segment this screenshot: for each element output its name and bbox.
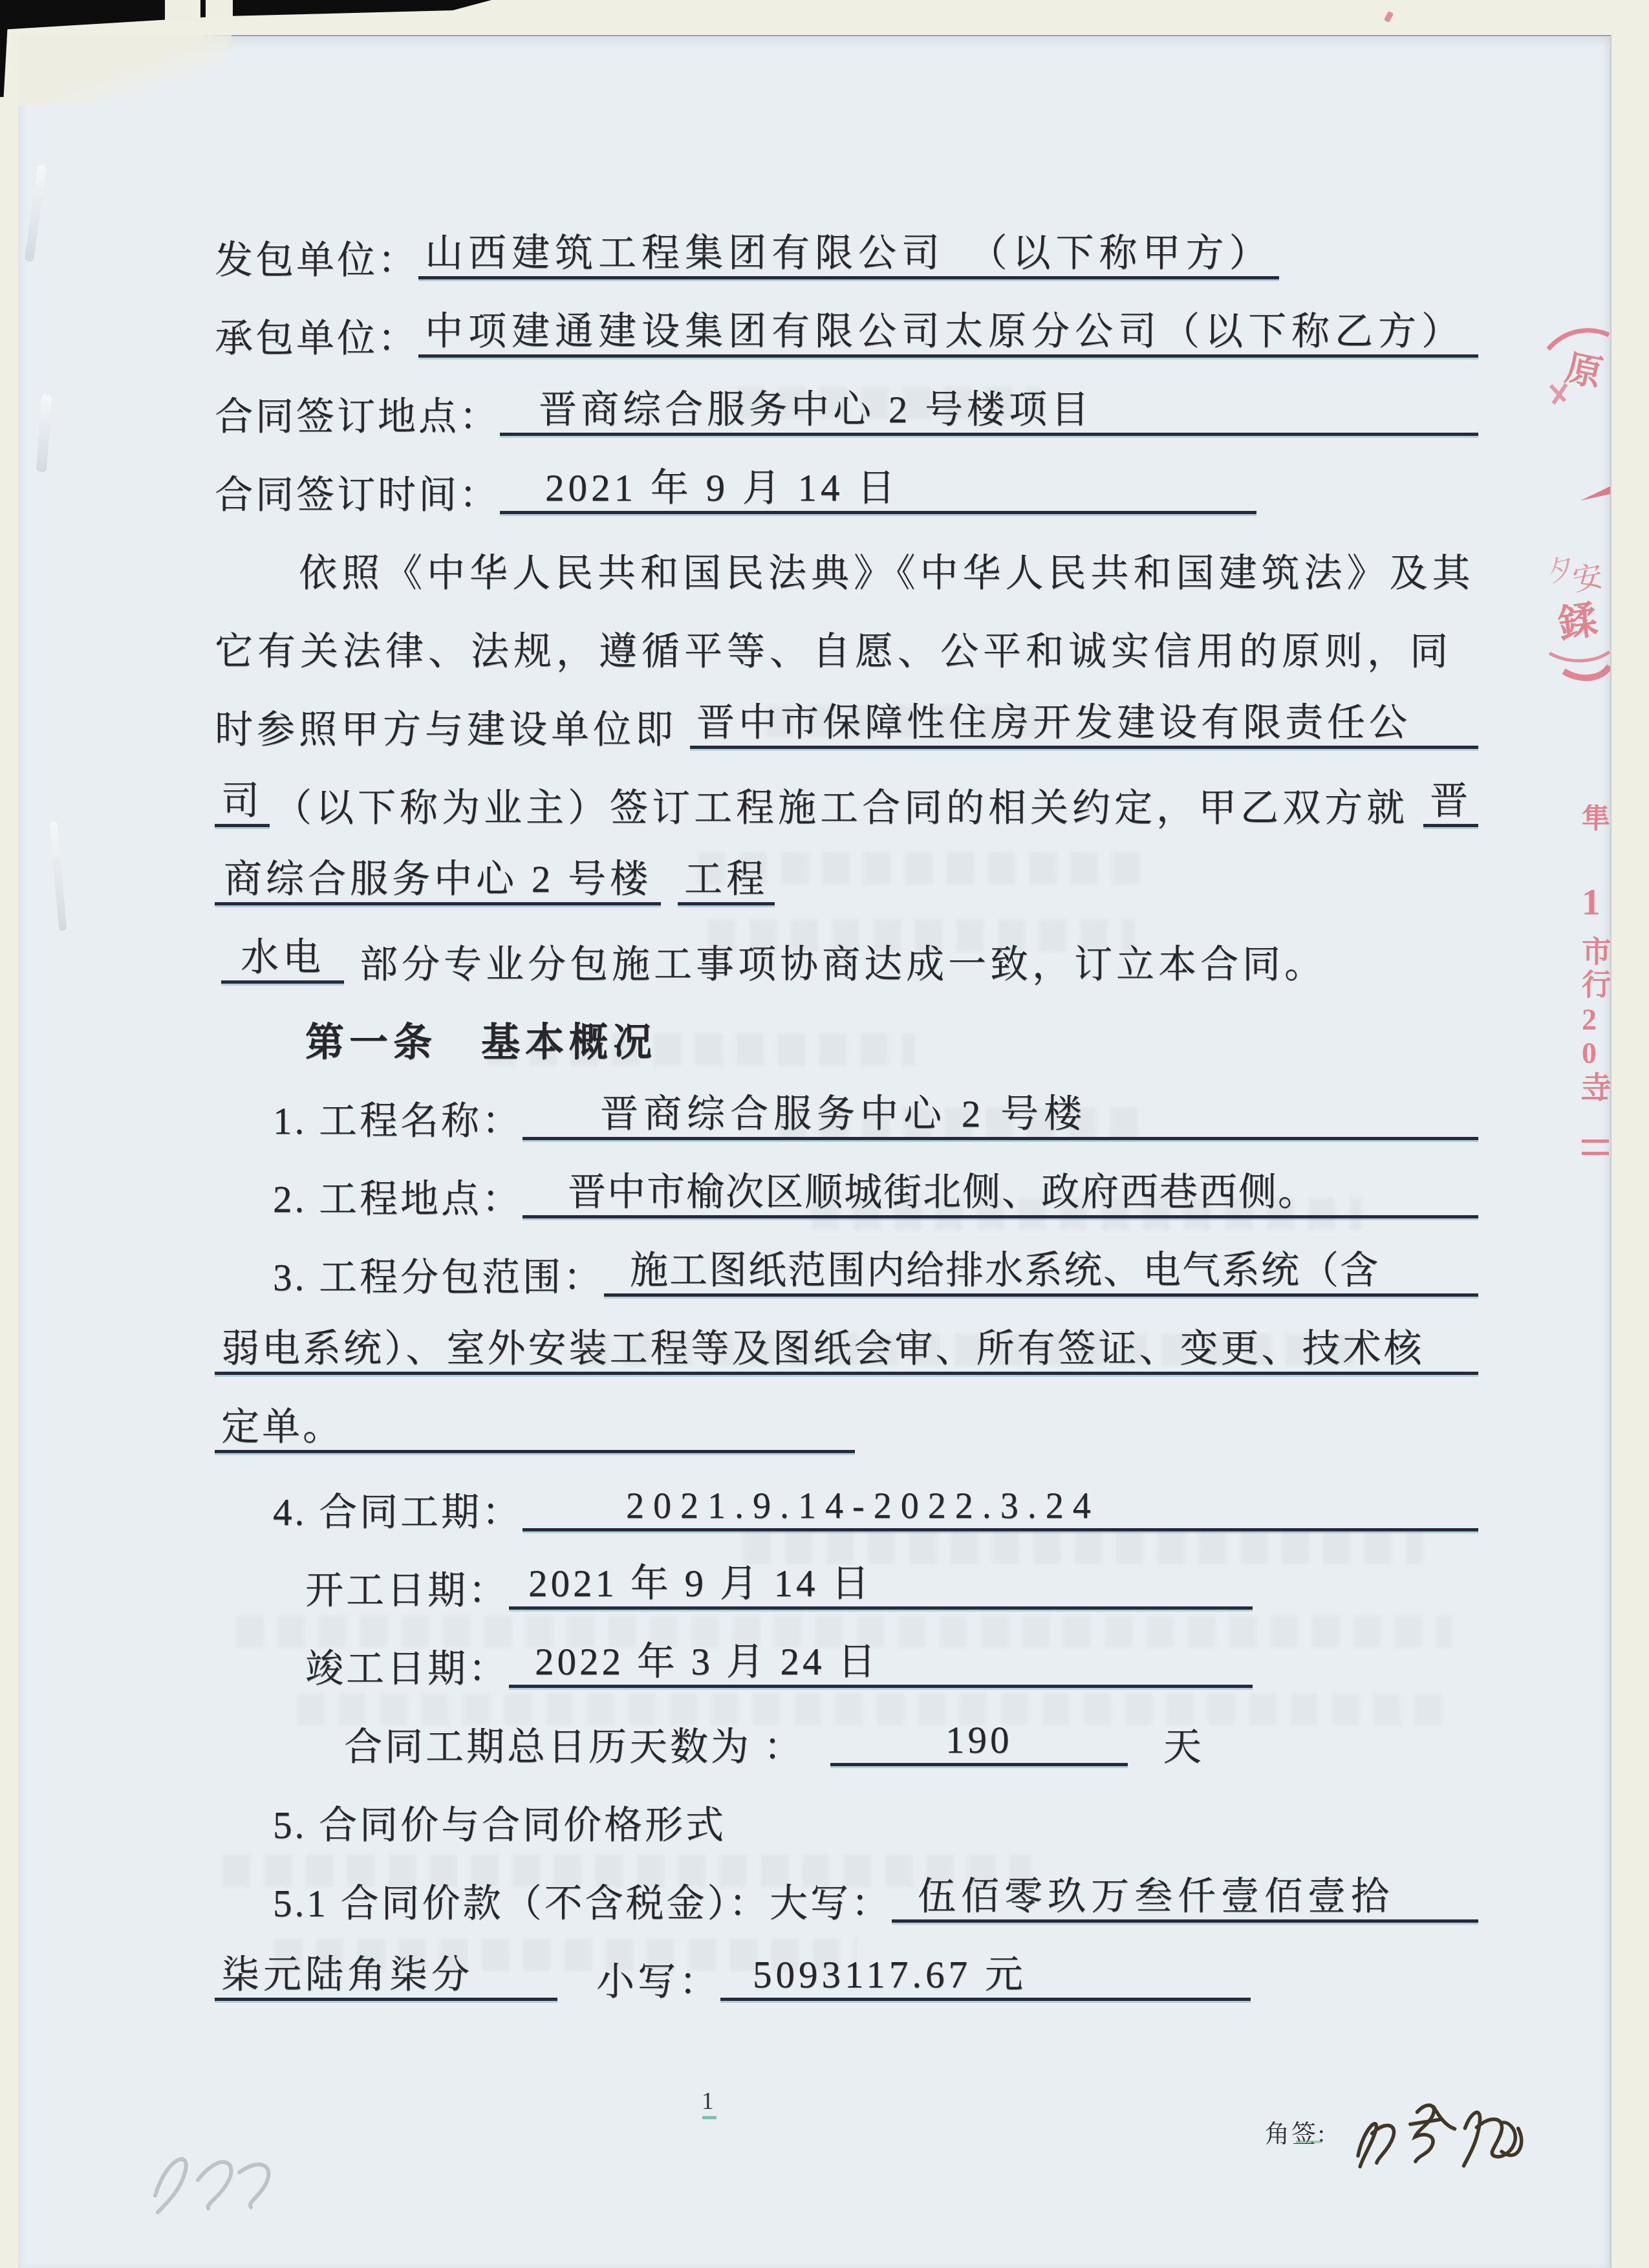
field-value-underlined: 中项建通建设集团有限公司太原分公司（以下称乙方） — [418, 312, 1478, 358]
bleedthrough-signature — [136, 2131, 356, 2228]
preamble-line-2: 它有关法律、法规，遵循平等、自愿、公平和诚实信用的原则，同 — [215, 601, 1478, 680]
line-signing-place: 合同签订地点： 晋商综合服务中心 2 号楼项目 — [215, 367, 1478, 445]
amount-words-underlined: 柒元陆角柒分 — [215, 1956, 557, 2001]
red-seal-fragment-top: 原 — [1547, 323, 1610, 420]
item-completion-date: 竣工日期： 2022 年 3 月 24 日 — [215, 1619, 1478, 1697]
paragraph-text: 部分专业分包施工事项协商达成一致，订立本合同。 — [360, 945, 1326, 984]
stamp-line — [1582, 1097, 1608, 1099]
seal-character: 安 — [1570, 559, 1605, 597]
owner-name-underlined: 司 — [215, 782, 270, 827]
stamp-character: 0 — [1582, 1039, 1597, 1068]
corner-sign-label: 角签: — [1265, 2113, 1327, 2149]
item-scope-line-2: 弱电系统）、室外安装工程等及图纸会审、所有签证、变更、技术核 — [215, 1306, 1478, 1384]
scan-color-fringe — [702, 2116, 717, 2119]
field-value-underlined: 晋商综合服务中心 2 号楼项目 — [500, 391, 1478, 436]
item-scope-line-3: 定单。 — [215, 1384, 1478, 1462]
field-label: 承包单位： — [215, 319, 418, 358]
paragraph-text: 它有关法律、法规，遵循平等、自愿、公平和诚实信用的原则，同 — [215, 632, 1452, 671]
scanner-edge-notch — [206, 0, 233, 18]
unit-text: 天 — [1163, 1728, 1205, 1766]
paragraph-text: 5. 合同价与合同价格形式 — [273, 1806, 726, 1844]
item-scope-line-1: 3. 工程分包范围： 施工图纸范围内给排水系统、电气系统（含 — [215, 1227, 1478, 1306]
field-value-underlined: 山西建筑工程集团有限公司 （以下称甲方） — [418, 234, 1279, 279]
line-signing-date: 合同签订时间： 2021 年 9 月 14 日 — [215, 445, 1478, 523]
heading-text: 第一条 基本概况 — [305, 1023, 657, 1062]
field-value-underlined: 2022 年 3 月 24 日 — [509, 1643, 1253, 1688]
line-employer: 发包单位： 山西建筑工程集团有限公司 （以下称甲方） — [215, 210, 1478, 288]
preamble-line-3: 时参照甲方与建设单位即 晋中市保障性住房开发建设有限责任公 — [215, 680, 1478, 758]
field-label: 发包单位： — [215, 241, 418, 279]
stamp-character: 1 — [1582, 883, 1600, 921]
field-label: 小写： — [596, 1963, 720, 2001]
field-label: 开工日期： — [305, 1571, 509, 1610]
item-total-days: 合同工期总日历天数为 ： 190 天 — [215, 1697, 1478, 1775]
field-label: 竣工日期： — [305, 1650, 509, 1688]
red-seal-wedge — [1580, 484, 1610, 506]
field-label: 1. 工程名称： — [273, 1102, 523, 1140]
project-name-underlined: 商综合服务中心 2 号楼 — [215, 860, 661, 905]
page-corner-curl — [18, 35, 232, 106]
item-price-form: 5. 合同价与合同价格形式 — [215, 1775, 1478, 1853]
handwritten-signature — [1335, 2082, 1535, 2187]
field-value-underlined: 施工图纸范围内给排水系统、电气系统（含 — [604, 1251, 1478, 1297]
item-contract-duration: 4. 合同工期： 2021.9.14-2022.3.24 — [215, 1462, 1478, 1540]
stamp-character: 市 — [1582, 937, 1610, 967]
stamp-character: 行 — [1582, 970, 1610, 1000]
field-label: 2. 工程地点： — [273, 1180, 523, 1218]
preamble-line-4: 司 （以下称为业主）签订工程施工合同的相关约定，甲乙双方就 晋 — [215, 758, 1478, 836]
seal-character: 鍒 — [1555, 598, 1600, 646]
field-label: 3. 工程分包范围： — [273, 1258, 604, 1297]
project-name-underlined: 晋 — [1423, 782, 1478, 827]
field-value-underlined: 2021.9.14-2022.3.24 — [523, 1488, 1478, 1531]
red-stamp-text-column: 隼 1 市 行 2 0 寺 — [1582, 805, 1610, 1193]
page-number: 1 — [702, 2088, 714, 2115]
trade-underlined: 水电 — [221, 938, 344, 984]
scanner-edge-artifact — [0, 0, 491, 30]
field-label: 合同签订时间： — [215, 476, 500, 514]
preamble-line-5: 商综合服务中心 2 号楼 工程 — [215, 836, 1478, 914]
field-value-underlined: 定单。 — [215, 1408, 855, 1453]
stamp-double-bar — [1582, 1139, 1609, 1155]
field-label: 4. 合同工期： — [273, 1493, 523, 1531]
stamp-character: 隼 — [1582, 805, 1610, 833]
preamble-line-1: 依照《中华人民共和国民法典》《中华人民共和国建筑法》及其 — [215, 523, 1478, 601]
seal-character: 原 — [1562, 348, 1606, 394]
item-project-location: 2. 工程地点： 晋中市榆次区顺城街北侧、政府西巷西侧。 — [215, 1149, 1478, 1227]
field-value-underlined: 晋中市榆次区顺城街北侧、政府西巷西侧。 — [523, 1173, 1478, 1218]
word-underlined: 工程 — [678, 860, 775, 905]
owner-name-underlined: 晋中市保障性住房开发建设有限责任公 — [690, 704, 1478, 749]
item-start-date: 开工日期： 2021 年 9 月 14 日 — [215, 1540, 1478, 1619]
amount-words-underlined: 伍佰零玖万叁仟壹佰壹拾 — [892, 1877, 1478, 1923]
field-value-underlined: 晋商综合服务中心 2 号楼 — [523, 1095, 1478, 1140]
preamble-line-6: 水电 部分专业分包施工事项协商达成一致，订立本合同。 — [215, 914, 1478, 993]
scanner-corner-artifact — [0, 0, 9, 97]
field-value-underlined: 2021 年 9 月 14 日 — [509, 1564, 1253, 1610]
field-value-underlined: 2021 年 9 月 14 日 — [500, 469, 1256, 514]
field-label: 合同工期总日历天数为 ： — [344, 1728, 804, 1766]
field-label: 合同签订地点： — [215, 398, 500, 436]
scanner-edge-notch — [165, 0, 200, 22]
scanned-contract-page: { "colors":{"paper":"#e9eef2","backgroun… — [0, 0, 1649, 2268]
stamp-character: 2 — [1582, 1005, 1597, 1035]
item-project-name: 1. 工程名称： 晋商综合服务中心 2 号楼 — [215, 1071, 1478, 1149]
item-price-words-line-1: 5.1 合同价款（不含税金）：大写： 伍佰零玖万叁仟壹佰壹拾 — [215, 1853, 1478, 1932]
red-seal-fragment-middle: 夕 安 鍒 — [1547, 551, 1610, 690]
amount-figures-underlined: 5093117.67 元 — [720, 1956, 1251, 2001]
item-price-words-line-2: 柒元陆角柒分 小写： 5093117.67 元 — [215, 1932, 1478, 2010]
ink-speck — [1384, 11, 1394, 23]
paragraph-text: 时参照甲方与建设单位即 — [215, 711, 677, 749]
scan-color-fringe — [1296, 2141, 1322, 2143]
field-label: 5.1 合同价款（不含税金）：大写： — [273, 1885, 892, 1923]
paragraph-text: 依照《中华人民共和国民法典》《中华人民共和国建筑法》及其 — [299, 554, 1475, 592]
article-1-heading: 第一条 基本概况 — [215, 993, 1478, 1071]
paragraph-text: （以下称为业主）签订工程施工合同的相关约定，甲乙双方就 — [274, 789, 1423, 827]
field-value-underlined: 弱电系统）、室外安装工程等及图纸会审、所有签证、变更、技术核 — [215, 1330, 1478, 1375]
line-contractor: 承包单位： 中项建通建设集团有限公司太原分公司（以下称乙方） — [215, 288, 1478, 367]
days-value-underlined: 190 — [830, 1721, 1128, 1766]
